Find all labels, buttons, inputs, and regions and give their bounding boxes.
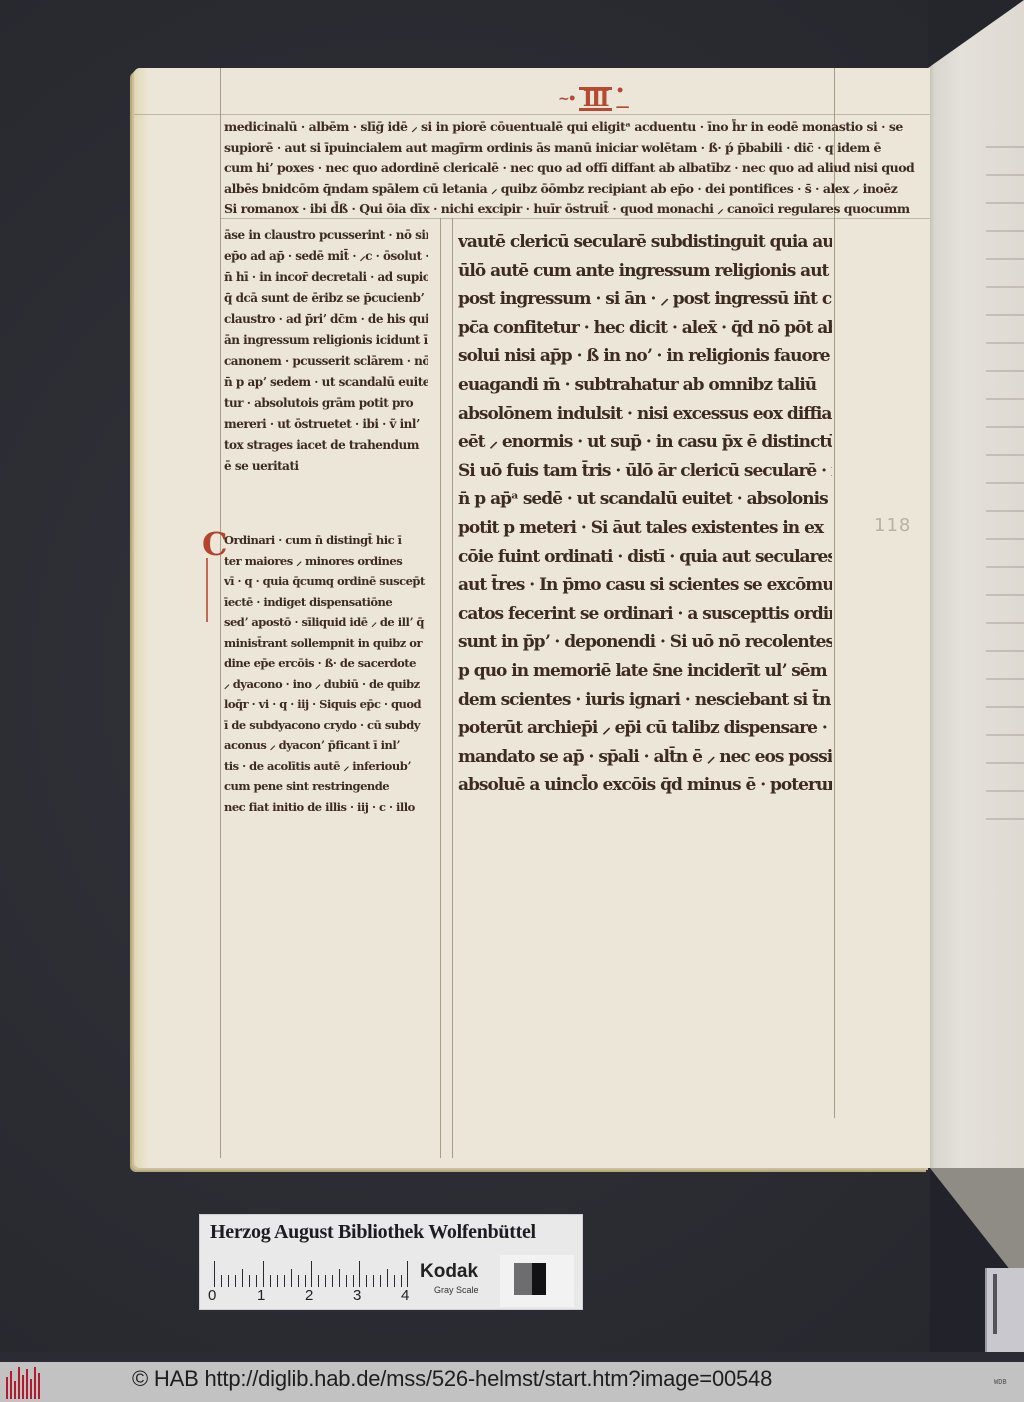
main-text-column: vautē clericū secularē subdistinguit … <box>458 228 832 800</box>
text-line: loq̄r · vi · q · iij · Siquis ep̄c · quo… <box>224 694 428 715</box>
ruler-label: 4 <box>401 1287 409 1304</box>
facing-page-text <box>986 120 1024 820</box>
text-line: q̄ dcā sunt de ēribz se p̄cucienbʼ in <box>224 288 428 309</box>
wdb-badge: WDB <box>994 1378 1007 1386</box>
scale-ruler <box>214 1261 406 1287</box>
ruling-line <box>440 218 441 1158</box>
text-line: claustro · ad p̄riʼ dc̄m · de his qui <box>224 309 428 330</box>
gloss-column-upper: āse in claustro pcusserint · nō sint a… <box>224 225 428 477</box>
text-line: post ingressum · si ān · ⸝ post ingress… <box>458 285 832 314</box>
text-line: vī · q · quia q̄cumq ordinē suscep̄t <box>224 571 428 592</box>
ruling-line <box>220 68 221 1158</box>
text-line: catos fecerint se ordinari · a susceptti… <box>458 600 832 629</box>
text-line: vautē clericū secularē subdistinguit … <box>458 228 832 257</box>
ruler-labels: 0 1 2 3 4 <box>208 1287 418 1307</box>
manuscript-page: ~• III •— medicinalū · albēm · slīḡ … <box>134 68 930 1168</box>
text-line: minist̄rant sollempnit in quibz or <box>224 633 428 654</box>
top-text-block: medicinalū · albēm · slīḡ idē ⸝ si … <box>224 117 924 220</box>
text-line: sunt in p̄pʼ · deponendi · Si uō nō re… <box>458 628 832 657</box>
black-swatch <box>532 1263 546 1295</box>
text-line: n̄ p ap̄ᵃ sedē · ut scandalū euitet · … <box>458 485 832 514</box>
text-line: euagandi m̄ · subtrahatur ab omnibz tali… <box>458 371 832 400</box>
text-line: ī de subdyacono crydo · cū subdy <box>224 715 428 736</box>
text-line: poterūt archiep̄i ⸝ ep̄i cū talibz dis… <box>458 714 832 743</box>
text-line: ūlō autē cum ante ingressum religioni… <box>458 257 832 286</box>
color-reference-card: Herzog August Bibliothek Wolfenbüttel 0 … <box>199 1214 583 1310</box>
text-line: dine ep̄e ercōis · ß· de sacerdote <box>224 653 428 674</box>
ruler-label: 3 <box>353 1287 361 1304</box>
marginal-folio-note: 118 <box>874 515 911 536</box>
text-line: tox strages iacet de trahendum <box>224 435 428 456</box>
text-line: aut t̄res · In p̄mo casu si scientes se … <box>458 571 832 600</box>
corner-shadow <box>928 0 1024 68</box>
initial-flourish <box>206 558 208 622</box>
text-line: aconus ⸝ dyaconʼ p̄ficant ī inlʼ <box>224 735 428 756</box>
text-line: ⸝ dyacono · ino ⸝ dubiū · de quibz <box>224 674 428 695</box>
text-line: dem scientes · iuris ignari · nesciebant… <box>458 686 832 715</box>
ruler-label: 1 <box>257 1287 265 1304</box>
hab-logo-icon[interactable] <box>4 1365 44 1399</box>
folio-header: ~• III •— <box>554 86 634 112</box>
kodak-logo: Kodak <box>420 1261 478 1283</box>
text-line: īectē · indiget dispensatiōne <box>224 592 428 613</box>
shelf-label <box>985 1268 1024 1352</box>
text-line: canonem · pcusserit sclārem · nō <box>224 351 428 372</box>
folio-number: III <box>579 87 612 111</box>
text-line: absoluē a uincl̄o excōis q̄d minus ē … <box>458 771 832 800</box>
text-line: ē se ueritati <box>224 456 428 477</box>
text-line: eēt ⸝ enormis · ut sup̄ · in casu p̄x e… <box>458 428 832 457</box>
flourish-icon: •— <box>616 83 630 115</box>
text-line: supiorē · aut si īpuincialem aut magī… <box>224 138 924 159</box>
text-line: n̄ p apʼ sedem · ut scandalū euite <box>224 372 428 393</box>
text-line: ān ingressum religionis icidunt ī <box>224 330 428 351</box>
ruling-line <box>834 68 835 1118</box>
text-line: mereri · ut ōstruetet · ibi · ṽ inlʼ <box>224 414 428 435</box>
footer-bar: © HAB http://diglib.hab.de/mss/526-helms… <box>0 1362 1024 1402</box>
text-line: cum hiʼ poxes · nec quo adordinē cleric… <box>224 158 924 179</box>
text-line: absolōnem indulsit · nisi excessus eox … <box>458 400 832 429</box>
text-line: potit p meteri · Si āut tales existente… <box>458 514 832 543</box>
ruling-line <box>452 218 453 1158</box>
gray-swatch <box>514 1263 532 1295</box>
text-line: solui nisi ap̄p · ß in noʼ · in religion… <box>458 342 832 371</box>
text-line: cum pene sint restringende <box>224 776 428 797</box>
image-viewer: ~• III •— medicinalū · albēm · slīḡ … <box>0 0 1024 1352</box>
ruler-label: 2 <box>305 1287 313 1304</box>
text-line: mandato se ap̄ · sp̄ali · alt̄n ē ⸝ nec… <box>458 743 832 772</box>
text-line: Si uō fuis tam t̄ris · ūlō ār cleric… <box>458 457 832 486</box>
text-line: albēs bnidcōm q̄ndam spālem cū letan… <box>224 179 924 200</box>
shelf-label-mark <box>993 1274 997 1334</box>
text-line: tur · absolutois grām potit pro <box>224 393 428 414</box>
text-line: cōie fuint ordinati · distī · quia aut… <box>458 543 832 572</box>
text-line: sedʼ apostō · sīliquid idē ⸝ de illʼ … <box>224 612 428 633</box>
text-line: ep̄o ad ap̄ · sedē mit̄ · ⸝c · ōsolut … <box>224 246 428 267</box>
text-line: pc̄a confitetur · hec dicit · alex̄ · q̄… <box>458 314 832 343</box>
text-line: tis · de acolītis autē ⸝ inferioubʼ <box>224 756 428 777</box>
text-line: āse in claustro pcusserint · nō sint a… <box>224 225 428 246</box>
gray-scale-label: Gray Scale <box>434 1285 479 1295</box>
gray-swatch-panel <box>500 1255 574 1307</box>
flourish-icon: ~• <box>558 91 575 107</box>
gloss-column-lower: Ordinari · cum n̄ distingt̄ hic ī ter m… <box>224 530 428 817</box>
text-line: ter maiores ⸝ minores ordines <box>224 551 428 572</box>
rubricated-initial: C <box>202 526 224 562</box>
text-line: Si romanox · ibi d̄ß · Qui ōia dīx · n… <box>224 199 924 220</box>
text-line: Ordinari · cum n̄ distingt̄ hic ī <box>224 530 428 551</box>
text-line: nec fiat initio de illis · iij · c · ill… <box>224 797 428 818</box>
text-line: p quo in memoriē late s̄ne inciderīt ul… <box>458 657 832 686</box>
facing-page <box>928 0 1024 1168</box>
library-name: Herzog August Bibliothek Wolfenbüttel <box>210 1221 536 1244</box>
ruler-label: 0 <box>208 1287 216 1304</box>
text-line: n̄ hī · in incor̄ decretali · ad supior… <box>224 267 428 288</box>
text-line: medicinalū · albēm · slīḡ idē ⸝ si … <box>224 117 924 138</box>
permalink[interactable]: © HAB http://diglib.hab.de/mss/526-helms… <box>132 1366 772 1392</box>
ruling-line <box>134 114 930 115</box>
